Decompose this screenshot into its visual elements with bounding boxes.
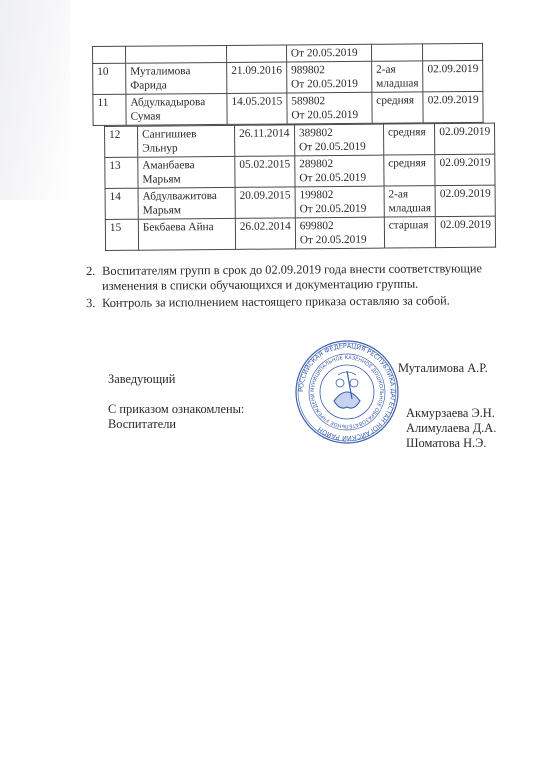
birth-date: 20.09.2015 [235,187,295,219]
child-name: Абдулкадырова Сумая [126,93,227,125]
order-ref: 199802От 20.05.2019 [295,186,384,218]
item-text-line1: Воспитателям групп в срок до 02.09.2019 … [102,261,482,278]
scan-shadow [0,0,70,200]
table-row: 10Муталимова Фарида21.09.2016989802От 20… [93,60,483,94]
row-number: 11 [93,94,126,125]
item-text-line2: изменения в списки обучающихся и докумен… [86,276,482,294]
enroll-date: 02.09.2019 [423,60,483,91]
teacher-name: Шоматова Н.Э. [406,436,496,451]
table-row: 12Сангишиев Эльнур26.11.2014389802От 20.… [105,123,495,157]
enroll-date: 02.09.2019 [423,91,483,122]
teacher-list: Акмурзаева Э.Н. Алимулаева Д.А. Шоматова… [406,406,496,451]
row-number [93,46,126,63]
teacher-name: Акмурзаева Э.Н. [406,406,496,421]
group-name: 2-ая младшая [371,61,423,92]
teacher-name: Алимулаева Д.А. [406,421,496,436]
order-line: 589802 [291,94,367,109]
order-ref: 699802От 20.05.2019 [295,217,384,249]
group-name: средняя [372,92,424,123]
birth-date: 21.09.2016 [227,62,287,93]
order-line: От 20.05.2019 [291,46,367,61]
order-line: От 20.05.2019 [299,140,379,155]
child-name: Аманбаева Марьям [138,156,235,188]
birth-date [226,45,286,62]
row-number: 15 [105,219,138,250]
table-row: 13Аманбаева Марьям05.02.2015289802От 20.… [105,154,495,188]
group-name: старшая [384,217,436,248]
item-number: 3. [86,296,102,311]
order-item-2: 2.Воспитателям групп в срок до 02.09.201… [86,261,482,294]
child-name: Муталимова Фарида [126,62,227,94]
order-line: От 20.05.2019 [299,171,379,186]
order-line: 289802 [299,157,379,172]
table-row: 14Абдулважитова Марьям20.09.2015199802От… [105,185,495,219]
group-name: средняя [384,155,436,186]
order-line: От 20.05.2019 [291,77,367,92]
order-line: 389802 [299,126,379,141]
students-table-continued: От 20.05.201910Муталимова Фарида21.09.20… [92,43,484,126]
order-ref: 389802От 20.05.2019 [294,124,383,156]
order-ref: 589802От 20.05.2019 [287,92,372,124]
birth-date: 14.05.2015 [227,93,287,124]
order-line: От 20.05.2019 [300,233,380,248]
head-name: Муталимова А.Р. [398,361,488,376]
order-line: 699802 [300,219,380,234]
order-line: От 20.05.2019 [291,108,367,123]
enroll-date [423,43,483,60]
item-number: 2. [86,264,102,279]
birth-date: 26.02.2014 [235,218,295,250]
enroll-date: 02.09.2019 [435,185,495,217]
enroll-date: 02.09.2019 [435,123,495,155]
birth-date: 05.02.2015 [235,156,295,188]
order-line: 989802 [291,63,367,78]
table-row: 15Бекбаева Айна26.02.2014699802От 20.05.… [105,216,495,250]
birth-date: 26.11.2014 [234,125,294,157]
official-stamp-icon: РОССИЙСКАЯ ФЕДЕРАЦИЯ РЕСПУБЛИКА ДАГЕСТАН… [294,339,400,445]
row-number: 13 [105,157,138,188]
enroll-date: 02.09.2019 [435,154,495,186]
child-name: Абдулважитова Марьям [138,187,235,219]
child-name: Бекбаева Айна [138,218,235,250]
table-row: 11Абдулкадырова Сумая14.05.2015589802От … [93,91,483,125]
group-name: средняя [383,124,435,155]
order-ref: 289802От 20.05.2019 [295,155,384,187]
row-number: 10 [93,63,126,94]
ack-label: С приказом ознакомлены: [108,402,244,417]
group-name [371,44,423,61]
head-title: Заведующий [108,372,175,387]
order-item-3: 3.Контроль за исполнением настоящего при… [86,293,450,311]
row-number: 14 [105,188,138,219]
child-name [126,45,227,63]
group-name: 2-ая младшая [384,186,436,217]
child-name: Сангишиев Эльнур [138,125,235,157]
order-line: От 20.05.2019 [300,202,380,217]
students-table: 12Сангишиев Эльнур26.11.2014389802От 20.… [104,123,496,251]
ack-role: Воспитатели [108,417,176,432]
order-line: 199802 [299,188,379,203]
item-text-line1: Контроль за исполнением настоящего прика… [102,293,450,309]
row-number: 12 [105,126,138,157]
order-ref: 989802От 20.05.2019 [286,61,371,93]
enroll-date: 02.09.2019 [436,216,496,248]
order-ref: От 20.05.2019 [286,44,371,62]
